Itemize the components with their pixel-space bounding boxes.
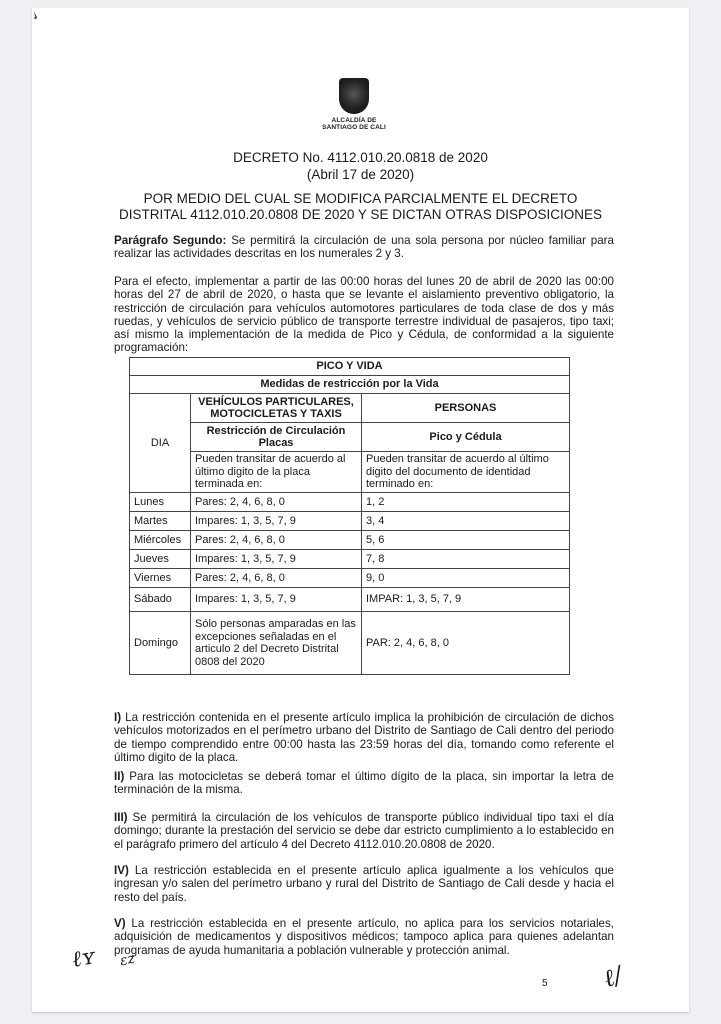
row-persons: 5, 6 bbox=[362, 531, 570, 550]
row-vehicles: Pares: 2, 4, 6, 8, 0 bbox=[191, 493, 362, 512]
table-row: Sábado Impares: 1, 3, 5, 7, 9 IMPAR: 1, … bbox=[130, 588, 570, 612]
row-vehicles: Impares: 1, 3, 5, 7, 9 bbox=[191, 512, 362, 531]
row-vehicles: Impares: 1, 3, 5, 7, 9 bbox=[191, 550, 362, 569]
row-persons: 1, 2 bbox=[362, 493, 570, 512]
table-row: Lunes Pares: 2, 4, 6, 8, 0 1, 2 bbox=[130, 493, 570, 512]
row-vehicles: Sólo personas amparadas en las excepcion… bbox=[191, 612, 362, 675]
table-subtitle: Medidas de restricción por la Vida bbox=[130, 376, 570, 394]
issuer-line-2: SANTIAGO DE CALI bbox=[302, 124, 406, 131]
vehicles-header: VEHÍCULOS PARTICULARES, MOTOCICLETAS Y T… bbox=[191, 394, 362, 423]
row-day: Miércoles bbox=[130, 531, 191, 550]
row-day: Domingo bbox=[130, 612, 191, 675]
row-day: Martes bbox=[130, 512, 191, 531]
title-line-2: DISTRITAL 4112.010.20.0808 DE 2020 Y SE … bbox=[32, 207, 689, 223]
persons-subheader: Pico y Cédula bbox=[362, 423, 570, 452]
paragraph-segundo: Parágrafo Segundo: Se permitirá la circu… bbox=[114, 234, 614, 261]
row-day: Viernes bbox=[130, 569, 191, 588]
issuer-line-1: ALCALDÍA DE bbox=[302, 117, 406, 124]
vehicles-subheader: Restricción de Circulación Placas bbox=[191, 423, 362, 452]
table-title: PICO Y VIDA bbox=[130, 358, 570, 376]
persons-header: PERSONAS bbox=[362, 394, 570, 423]
table-row: Viernes Pares: 2, 4, 6, 8, 0 9, 0 bbox=[130, 569, 570, 588]
title-line-1: POR MEDIO DEL CUAL SE MODIFICA PARCIALME… bbox=[32, 191, 689, 207]
decree-number: DECRETO No. 4112.010.20.0818 de 2020 bbox=[32, 150, 689, 165]
signature-initials-left: ℓʏ bbox=[70, 943, 98, 973]
clause-text: Se permitirá la circulación de los vehíc… bbox=[114, 811, 614, 851]
clause-label: IV) bbox=[114, 864, 129, 877]
persons-description: Pueden transitar de acuerdo al último di… bbox=[362, 452, 570, 493]
clause-iv: IV) La restricción establecida en el pre… bbox=[114, 864, 614, 904]
row-day: Lunes bbox=[130, 493, 191, 512]
vehicles-description: Pueden transitar de acuerdo al último di… bbox=[191, 452, 362, 493]
clause-v: V) La restricción establecida en el pres… bbox=[114, 917, 614, 957]
row-vehicles: Pares: 2, 4, 6, 8, 0 bbox=[191, 531, 362, 550]
row-persons: IMPAR: 1, 3, 5, 7, 9 bbox=[362, 588, 570, 612]
table-row: Martes Impares: 1, 3, 5, 7, 9 3, 4 bbox=[130, 512, 570, 531]
table-row: Miércoles Pares: 2, 4, 6, 8, 0 5, 6 bbox=[130, 531, 570, 550]
row-vehicles: Pares: 2, 4, 6, 8, 0 bbox=[191, 569, 362, 588]
row-day: Sábado bbox=[130, 588, 191, 612]
city-coat-of-arms-logo bbox=[337, 78, 371, 118]
clause-text: La restricción establecida en el present… bbox=[114, 917, 614, 957]
clause-text: Para las motocicletas se deberá tomar el… bbox=[114, 770, 614, 796]
paragraph-implementation: Para el efecto, implementar a partir de … bbox=[114, 275, 614, 355]
signature-initials-left-2: ɛz bbox=[118, 951, 136, 970]
signature-right: ℓ/ bbox=[600, 961, 626, 994]
clause-ii: II) Para las motocicletas se deberá toma… bbox=[114, 770, 614, 797]
row-persons: 3, 4 bbox=[362, 512, 570, 531]
clause-label: III) bbox=[114, 811, 128, 824]
row-persons: 9, 0 bbox=[362, 569, 570, 588]
paragraph-label: Parágrafo Segundo: bbox=[114, 234, 226, 247]
clause-label: V) bbox=[114, 917, 126, 930]
clause-text: La restricción contenida en el presente … bbox=[114, 711, 614, 764]
day-header: DIA bbox=[130, 394, 191, 493]
decree-date: (Abril 17 de 2020) bbox=[32, 167, 689, 182]
corner-mark: ᶨ bbox=[32, 12, 39, 23]
row-day: Jueves bbox=[130, 550, 191, 569]
clause-i: I) La restricción contenida en el presen… bbox=[114, 711, 614, 764]
document-page: ᶨ ALCALDÍA DE SANTIAGO DE CALI DECRETO N… bbox=[32, 8, 689, 1012]
table-row: Jueves Impares: 1, 3, 5, 7, 9 7, 8 bbox=[130, 550, 570, 569]
page-number: 5 bbox=[542, 978, 548, 989]
row-persons: PAR: 2, 4, 6, 8, 0 bbox=[362, 612, 570, 675]
clause-text: La restricción establecida en el present… bbox=[114, 864, 614, 904]
clause-iii: III) Se permitirá la circulación de los … bbox=[114, 811, 614, 851]
pico-y-vida-table: PICO Y VIDA Medidas de restricción por l… bbox=[129, 357, 570, 675]
decree-title: POR MEDIO DEL CUAL SE MODIFICA PARCIALME… bbox=[32, 191, 689, 223]
shield-icon bbox=[339, 78, 369, 114]
issuer-name: ALCALDÍA DE SANTIAGO DE CALI bbox=[302, 117, 406, 131]
row-persons: 7, 8 bbox=[362, 550, 570, 569]
clause-label: II) bbox=[114, 770, 124, 783]
row-vehicles: Impares: 1, 3, 5, 7, 9 bbox=[191, 588, 362, 612]
table-row: Domingo Sólo personas amparadas en las e… bbox=[130, 612, 570, 675]
